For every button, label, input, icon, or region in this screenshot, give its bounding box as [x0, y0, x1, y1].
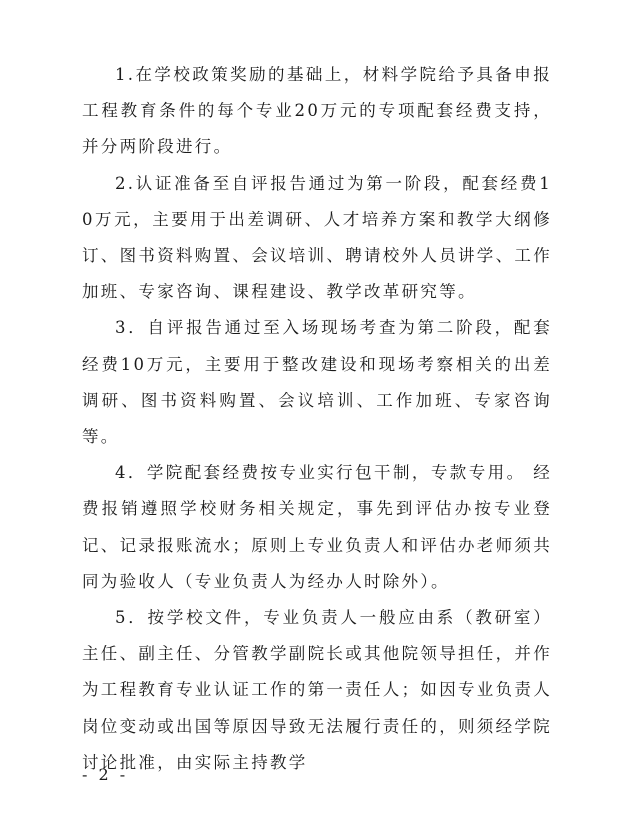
paragraph-1: 1.在学校政策奖励的基础上，材料学院给予具备申报工程教育条件的每个专业20万元的… [82, 57, 552, 166]
document-body: 1.在学校政策奖励的基础上，材料学院给予具备申报工程教育条件的每个专业20万元的… [82, 57, 552, 781]
paragraph-4: 4．学院配套经费按专业实行包干制，专款专用。 经费报销遵照学校财务相关规定，事先… [82, 455, 552, 600]
paragraph-3: 3．自评报告通过至入场现场考查为第二阶段，配套经费10万元，主要用于整改建设和现… [82, 310, 552, 455]
page-number: - 2 - [82, 765, 128, 784]
paragraph-2: 2.认证准备至自评报告通过为第一阶段，配套经费10万元，主要用于出差调研、人才培… [82, 166, 552, 311]
paragraph-5: 5．按学校文件，专业负责人一般应由系（教研室）主任、副主任、分管教学副院长或其他… [82, 600, 552, 781]
